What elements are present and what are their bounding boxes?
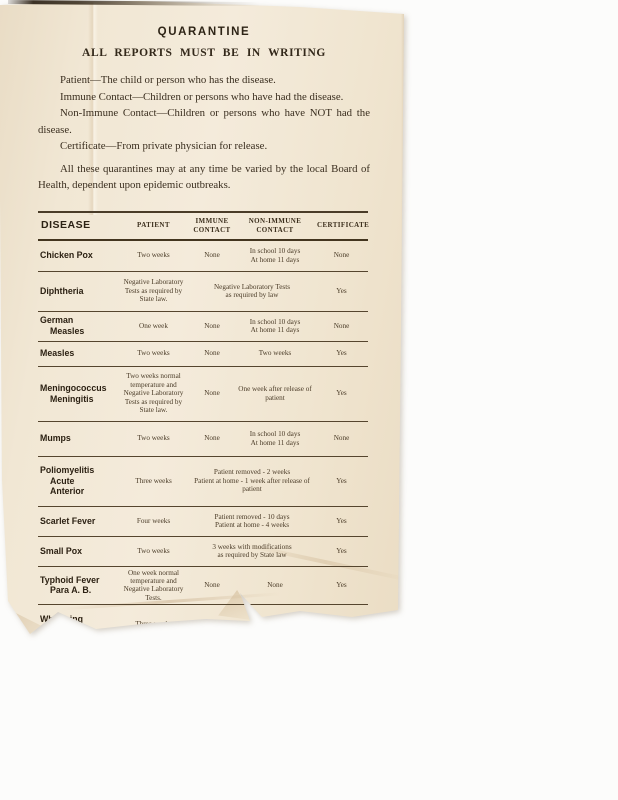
disease-name: Small Pox	[38, 536, 118, 566]
table-row-poliomyelitis: Poliomyelitis Acute Anterior Three weeks…	[38, 456, 368, 506]
certificate-cell: None	[315, 311, 368, 341]
table-row-german-measles: German Measles One week None In school 1…	[38, 311, 368, 341]
disease-name: German Measles	[38, 311, 118, 341]
disease-name: Poliomyelitis Acute Anterior	[38, 456, 118, 506]
table-row-whooping-cough: Whooping Cough Three weeks None Three we…	[38, 605, 368, 645]
combined-contact-cell: 3 weeks with modifications as required b…	[189, 536, 315, 566]
certificate-cell: None	[315, 421, 368, 456]
patient-cell: Two weeks	[118, 536, 189, 566]
board-of-health-note: All these quarantines may at any time be…	[38, 161, 370, 194]
patient-cell: Two weeks normal temperature and Negativ…	[118, 366, 189, 421]
immune-cell: None	[189, 311, 235, 341]
paper-edge-shadow	[401, 10, 406, 610]
table-row-diphtheria: Diphtheria Negative Laboratory Tests as …	[38, 271, 368, 311]
disease-name: Diphtheria	[38, 271, 118, 311]
paper: QUARANTINE ALL REPORTS MUST BE IN WRITIN…	[0, 0, 410, 652]
definitions-section: Patient—The child or person who has the …	[38, 72, 370, 194]
disease-name: Meningococcus Meningitis	[38, 366, 118, 421]
table-header-row: DISEASE PATIENT IMMUNE CONTACT NON-IMMUN…	[38, 212, 368, 240]
header-patient: PATIENT	[118, 212, 189, 240]
non-immune-cell: In school 10 days At home 11 days	[235, 311, 315, 341]
patient-cell: Three weeks	[118, 456, 189, 506]
definition-non-immune-contact: Non-Immune Contact—Children or persons w…	[38, 105, 370, 138]
certificate-cell: None	[315, 240, 368, 272]
page-title: QUARANTINE	[38, 26, 370, 38]
disease-name: Whooping Cough	[38, 605, 118, 645]
combined-contact-cell: Patient removed - 2 weeks Patient at hom…	[189, 456, 315, 506]
disease-name: Measles	[38, 341, 118, 366]
immune-cell: None	[189, 566, 235, 605]
certificate-cell: Yes	[315, 271, 368, 311]
disease-name: Mumps	[38, 421, 118, 456]
certificate-cell: Yes	[315, 341, 368, 366]
immune-cell: None	[189, 240, 235, 272]
table-row-measles: Measles Two weeks None Two weeks Yes	[38, 341, 368, 366]
certificate-cell: Yes	[315, 536, 368, 566]
header-immune-contact: IMMUNE CONTACT	[189, 212, 235, 240]
quarantine-table: DISEASE PATIENT IMMUNE CONTACT NON-IMMUN…	[38, 211, 368, 646]
page-subtitle: ALL REPORTS MUST BE IN WRITING	[38, 47, 370, 59]
patient-cell: One week normal temperature and Negative…	[118, 566, 189, 605]
combined-contact-cell: Negative Laboratory Tests as required by…	[189, 271, 315, 311]
disease-name: Chicken Pox	[38, 240, 118, 272]
non-immune-cell: In school 10 days At home 11 days	[235, 240, 315, 272]
combined-contact-cell: Patient removed - 10 days Patient at hom…	[189, 506, 315, 536]
non-immune-cell: Three weeks	[235, 605, 315, 645]
patient-cell: One week	[118, 311, 189, 341]
definition-certificate: Certificate—From private physician for r…	[38, 138, 370, 155]
non-immune-cell: None	[235, 566, 315, 605]
disease-name: Scarlet Fever	[38, 506, 118, 536]
non-immune-cell: Two weeks	[235, 341, 315, 366]
immune-cell: None	[189, 341, 235, 366]
non-immune-cell: In school 10 days At home 11 days	[235, 421, 315, 456]
header-disease: DISEASE	[38, 212, 118, 240]
patient-cell: Two weeks	[118, 341, 189, 366]
patient-cell: Negative Laboratory Tests as required by…	[118, 271, 189, 311]
paper-sheet: QUARANTINE ALL REPORTS MUST BE IN WRITIN…	[0, 0, 410, 652]
patient-cell: Two weeks	[118, 240, 189, 272]
document-content: QUARANTINE ALL REPORTS MUST BE IN WRITIN…	[38, 26, 370, 645]
certificate-cell: None	[315, 605, 368, 645]
scanned-page: QUARANTINE ALL REPORTS MUST BE IN WRITIN…	[0, 0, 618, 800]
table-row-meningococcus-meningitis: Meningococcus Meningitis Two weeks norma…	[38, 366, 368, 421]
immune-cell: None	[189, 366, 235, 421]
table-row-mumps: Mumps Two weeks None In school 10 days A…	[38, 421, 368, 456]
definition-immune-contact: Immune Contact—Children or persons who h…	[38, 89, 370, 106]
patient-cell: Four weeks	[118, 506, 189, 536]
header-certificate: CERTIFICATE	[315, 212, 368, 240]
patient-cell: Two weeks	[118, 421, 189, 456]
table-row-small-pox: Small Pox Two weeks 3 weeks with modific…	[38, 536, 368, 566]
disease-name: Typhoid Fever Para A. B.	[38, 566, 118, 605]
patient-cell: Three weeks	[118, 605, 189, 645]
header-non-immune-contact: NON-IMMUNE CONTACT	[235, 212, 315, 240]
immune-cell: None	[189, 605, 235, 645]
paper-crease	[273, 0, 417, 16]
certificate-cell: Yes	[315, 566, 368, 605]
table-row-typhoid-fever: Typhoid Fever Para A. B. One week normal…	[38, 566, 368, 605]
certificate-cell: Yes	[315, 366, 368, 421]
immune-cell: None	[189, 421, 235, 456]
definition-patient: Patient—The child or person who has the …	[38, 72, 370, 89]
table-row-chicken-pox: Chicken Pox Two weeks None In school 10 …	[38, 240, 368, 272]
table-row-scarlet-fever: Scarlet Fever Four weeks Patient removed…	[38, 506, 368, 536]
non-immune-cell: One week after release of patient	[235, 366, 315, 421]
certificate-cell: Yes	[315, 456, 368, 506]
certificate-cell: Yes	[315, 506, 368, 536]
